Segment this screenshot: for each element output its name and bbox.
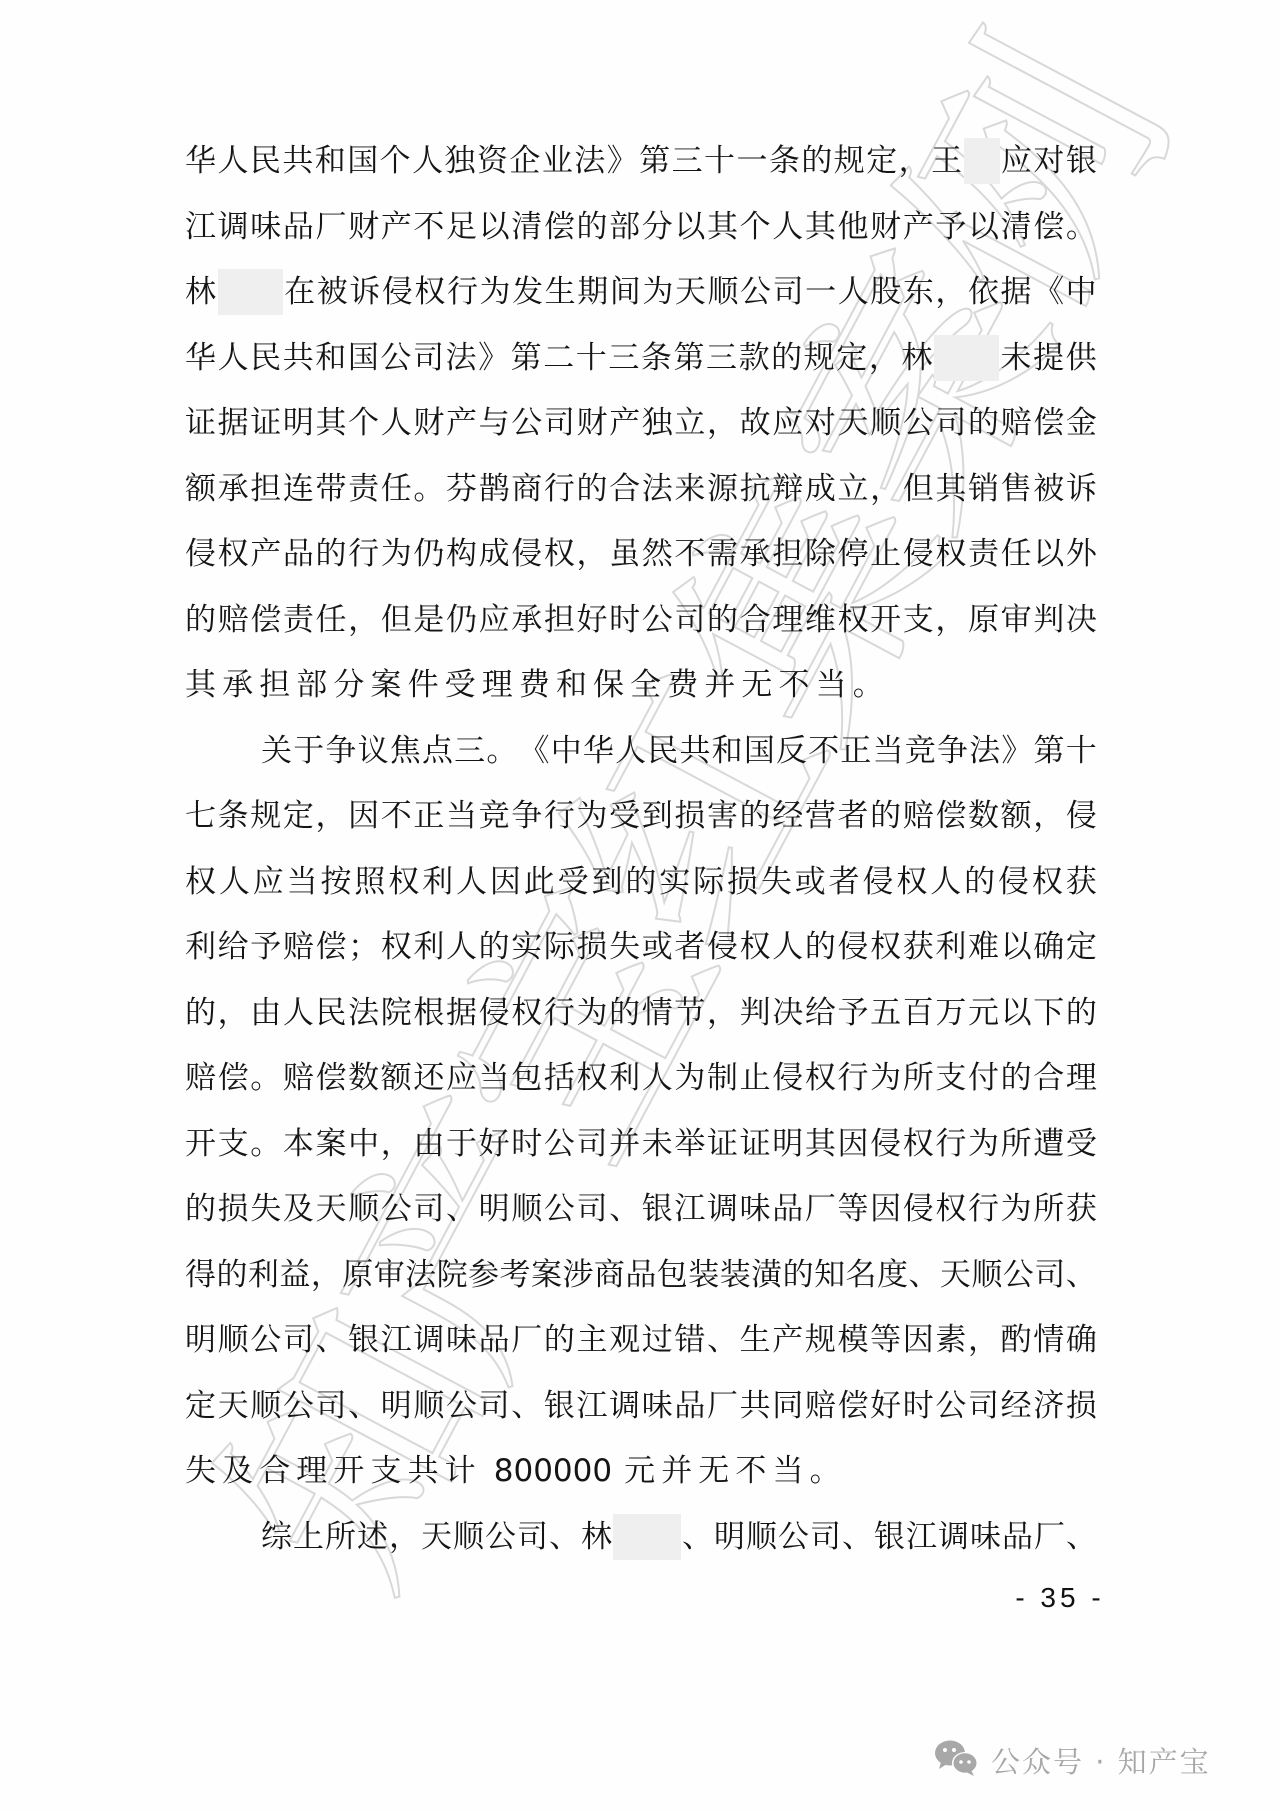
glyph: 调 [707,1189,738,1229]
glyph: 五 [870,993,901,1033]
glyph: 侵 [511,534,542,574]
glyph: 失 [250,1189,281,1229]
glyph: 法 [969,731,1000,771]
glyph: 民 [250,338,281,378]
glyph: 不 [779,665,810,705]
glyph: 权 [544,534,575,574]
glyph: 赔 [283,1058,314,1098]
glyph: 他 [838,207,869,247]
glyph: 侵 [479,993,510,1033]
glyph: 法 [348,993,379,1033]
redaction-box [934,335,999,381]
glyph: 侵 [903,534,934,574]
glyph: 开 [185,1124,216,1164]
glyph: 证 [740,1124,771,1164]
glyph: 因 [490,862,521,902]
glyph: 司 [577,1189,608,1229]
glyph: 侵 [863,862,894,902]
glyph: 由 [250,993,281,1033]
glyph: 十 [704,141,735,181]
glyph: 十 [576,338,607,378]
glyph: 知 [814,1255,845,1295]
glyph: 损 [674,796,705,836]
glyph: 好 [479,1124,510,1164]
glyph: 的 [740,796,771,836]
glyph: 及 [222,1451,253,1491]
glyph: 定 [283,796,314,836]
glyph: 售 [1001,469,1032,509]
glyph: 赔 [1001,403,1032,443]
glyph: 清 [1001,207,1032,247]
page-number: - 35 - [1010,1582,1110,1614]
glyph: 对 [1033,141,1064,181]
glyph: ， [935,600,966,640]
glyph: 顺 [218,1320,249,1360]
glyph: 确 [1066,1320,1097,1360]
glyph: 商 [594,1255,625,1295]
glyph: 生 [740,1320,771,1360]
glyph: 时 [609,600,640,640]
glyph: 民 [647,731,678,771]
glyph: 权 [1032,862,1063,902]
glyph: 和 [556,665,587,705]
glyph: 人 [772,927,803,967]
glyph: 的 [577,469,608,509]
glyph: 故 [740,403,771,443]
glyph: 需 [707,534,738,574]
glyph: 条 [769,141,800,181]
glyph: 公 [485,1517,516,1557]
glyph: 于 [446,1124,477,1164]
glyph: 江 [577,1386,608,1426]
glyph: 公 [283,1386,314,1426]
glyph: 担 [772,534,803,574]
glyph: ， [707,993,738,1033]
glyph: 公 [511,403,542,443]
glyph: 受 [558,862,589,902]
glyph: 厂 [805,1189,836,1229]
glyph: 公 [544,1124,575,1164]
glyph: 厂 [1034,1517,1065,1557]
glyph: 产 [772,1320,803,1360]
glyph: ， [935,272,966,312]
glyph: 为 [1001,1189,1032,1229]
glyph: 际 [544,927,575,967]
glyph: 者 [838,796,869,836]
glyph: 潢 [751,1255,782,1295]
glyph: 偿 [1033,403,1064,443]
glyph: 公 [642,600,673,640]
glyph: 中 [551,731,582,771]
glyph: 当 [816,665,847,705]
glyph: 司 [674,600,705,640]
glyph: 装 [688,1255,719,1295]
glyph: 天 [838,403,869,443]
glyph: 天 [218,1386,249,1426]
glyph: 》 [1001,731,1032,771]
glyph: 的 [870,796,901,836]
glyph: 模 [838,1320,869,1360]
glyph: 、 [348,1386,379,1426]
glyph: 人 [642,1058,673,1098]
wechat-icon [933,1738,981,1782]
glyph: 因 [348,796,379,836]
glyph: 据 [1001,272,1032,312]
glyph: 偿 [838,1386,869,1426]
glyph: 带 [316,469,347,509]
glyph: 予 [250,927,281,967]
glyph: 权 [935,1189,966,1229]
glyph: 错 [674,1320,705,1360]
glyph: 正 [840,731,871,771]
glyph: 为 [381,534,412,574]
glyph: 的 [544,1320,575,1360]
glyph: 的 [771,338,802,378]
glyph: 额 [381,1058,412,1098]
glyph: 以 [1033,534,1064,574]
glyph: 行 [447,272,478,312]
glyph: 成 [479,534,510,574]
glyph: 当 [772,1451,803,1491]
text-line: 额承担连带责任。芬鹊商行的合法来源抗辩成立，但其销售被诉 [185,469,1097,509]
glyph: 天 [675,272,706,312]
text-line: 江调味品厂财产不足以清偿的部分以其个人其他财产予以清偿。 [185,207,1097,247]
glyph: 遭 [1033,1124,1064,1164]
glyph: ， [968,1320,999,1360]
glyph: 产 [903,207,934,247]
glyph: 资 [477,141,508,181]
glyph: 制 [707,1058,738,1098]
glyph: 法 [574,141,605,181]
glyph: 行 [348,534,379,574]
glyph: 部 [609,207,640,247]
glyph: 并 [609,1124,640,1164]
glyph: 公 [903,403,934,443]
glyph: ， [218,993,249,1033]
glyph: 议 [358,731,389,771]
glyph: 支 [218,1124,249,1164]
glyph: 酌 [1001,1320,1032,1360]
text-line: 七条规定，因不正当竞争行为受到损害的经营者的赔偿数额，侵 [185,796,1097,836]
glyph: 司 [283,1320,314,1360]
glyph: 时 [511,1124,542,1164]
glyph: 国 [348,338,379,378]
glyph: 的 [1001,1058,1032,1098]
glyph: 的 [964,862,995,902]
footer-label: 公众号 · 知产宝 [991,1740,1211,1781]
glyph: 行 [838,1058,869,1098]
glyph: 偿 [1033,207,1064,247]
glyph: 第 [511,338,542,378]
glyph: 据 [446,993,477,1033]
glyph: 司 [544,403,575,443]
glyph: 人 [381,403,412,443]
glyph: 偿 [935,796,966,836]
glyph: 合 [259,1451,290,1491]
glyph: ， [869,338,900,378]
glyph: 银 [642,1189,673,1229]
glyph: 但 [381,600,412,640]
glyph: 人 [446,927,477,967]
glyph: 以 [1001,993,1032,1033]
glyph: 额 [185,469,216,509]
glyph: 万 [935,993,966,1033]
glyph: 明 [185,1320,216,1360]
glyph: 但 [903,469,934,509]
glyph: 利 [935,927,966,967]
glyph: 林 [185,272,216,312]
glyph: 第 [1034,731,1065,771]
glyph: 被 [1033,469,1064,509]
glyph: 计 [445,1451,476,1491]
glyph: 味 [446,1320,477,1360]
glyph: 支 [935,1058,966,1098]
glyph: 为 [674,1058,705,1098]
glyph: 不 [808,731,839,771]
glyph: 得 [185,1255,216,1295]
glyph: 人 [772,207,803,247]
glyph: 损 [218,1189,249,1229]
glyph: 装 [720,1255,751,1295]
glyph: 顺 [707,272,738,312]
glyph: 其 [805,1124,836,1164]
glyph: 三 [608,338,639,378]
glyph: 调 [218,207,249,247]
text-line: 证据证明其个人财产与公司财产独立，故应对天顺公司的赔偿金 [185,403,1097,443]
glyph: 未 [1001,338,1032,378]
glyph: 被 [317,272,348,312]
glyph: 的 [805,927,836,967]
glyph: 天 [421,1517,452,1557]
glyph: 决 [772,993,803,1033]
glyph: 应 [479,600,510,640]
glyph: 分 [333,665,364,705]
glyph: 产 [250,534,281,574]
glyph: 时 [903,1386,934,1426]
glyph: 三 [454,731,485,771]
glyph: 。 [810,1451,841,1491]
glyph: 财 [577,403,608,443]
glyph: 的 [577,207,608,247]
glyph: 是 [413,600,444,640]
glyph: 法 [642,469,673,509]
glyph: 还 [413,1058,444,1098]
glyph: 素 [935,1320,966,1360]
glyph: 难 [968,927,999,967]
glyph: 当 [287,862,318,902]
glyph: 的 [801,141,832,181]
glyph: 诉 [349,272,380,312]
glyph: 产 [446,403,477,443]
glyph: 停 [838,534,869,574]
glyph: 立 [674,403,705,443]
glyph: 营 [805,796,836,836]
glyph: 损 [1066,1386,1097,1426]
text-line: 赔偿。赔偿数额还应当包括权利人为制止侵权行为所支付的合理 [185,1058,1097,1098]
glyph: 共 [282,141,313,181]
glyph: 和 [315,141,346,181]
glyph: 三 [672,141,703,181]
glyph: 责 [348,469,379,509]
glyph: 华 [583,731,614,771]
glyph: 决 [1066,600,1097,640]
glyph: 举 [674,1124,705,1164]
glyph: 获 [903,927,934,967]
glyph: 所 [1001,1124,1032,1164]
glyph: 款 [739,338,770,378]
glyph: 第 [673,338,704,378]
glyph: 成 [805,469,836,509]
glyph: 元 [624,1451,655,1491]
glyph: 的 [185,993,216,1033]
glyph: 规 [250,796,281,836]
glyph: 并 [661,1451,692,1491]
glyph: 件 [408,665,439,705]
glyph: 的 [625,862,656,902]
glyph: 供 [1066,338,1097,378]
glyph: 明 [479,1189,510,1229]
glyph: 侵 [707,927,738,967]
glyph: 提 [1033,338,1064,378]
amount-value: 800000 [494,1451,612,1491]
glyph: 厂 [707,1386,738,1426]
glyph: 业 [542,141,573,181]
glyph: 给 [218,927,249,967]
glyph: 。 [853,665,884,705]
glyph: 权 [805,1058,836,1098]
glyph: 同 [772,1386,803,1426]
glyph: 的 [707,600,738,640]
glyph: 司 [968,1386,999,1426]
glyph: 司 [517,1517,548,1557]
glyph: 人 [218,338,249,378]
glyph: 实 [511,927,542,967]
glyph: 司 [413,1189,444,1229]
glyph: 理 [296,1451,327,1491]
glyph: 赔 [283,927,314,967]
glyph: 其 [805,207,836,247]
glyph: 银 [1066,141,1097,181]
glyph: 情 [642,993,673,1033]
glyph: 益 [279,1255,310,1295]
glyph: 其 [707,207,738,247]
glyph: 正 [413,796,444,836]
glyph: 财 [870,207,901,247]
glyph: 和 [712,731,743,771]
text-line: 失及合理开支共计800000元并无不当。 [185,1451,1097,1491]
glyph: 人 [283,993,314,1033]
glyph: 抗 [740,469,771,509]
glyph: 案 [316,1124,347,1164]
glyph: 偿 [218,1058,249,1098]
glyph: 支 [370,1451,401,1491]
glyph: 清 [511,207,542,247]
glyph: 证 [185,403,216,443]
glyph: 公 [935,1386,966,1426]
glyph: 中 [348,1124,379,1164]
glyph: 以 [674,207,705,247]
glyph: 其 [185,665,216,705]
glyph: 或 [795,862,826,902]
glyph: 情 [1033,1320,1064,1360]
glyph: 顺 [453,1517,484,1557]
glyph: 参 [468,1255,499,1295]
glyph: 侵 [998,862,1029,902]
glyph: 应 [253,862,284,902]
glyph: 公 [380,338,411,378]
glyph: 应 [446,1058,477,1098]
glyph: 包 [511,1058,542,1098]
glyph: 因 [838,1124,869,1164]
redaction-box [218,269,283,315]
glyph: 顺 [250,1386,281,1426]
glyph: 原 [968,600,999,640]
glyph: 明 [381,1386,412,1426]
glyph: 原 [342,1255,373,1295]
glyph: 担 [259,665,290,705]
glyph: 理 [482,665,513,705]
glyph: 的 [1066,993,1097,1033]
glyph: 第 [639,141,670,181]
glyph: 权 [218,534,249,574]
glyph: 好 [577,600,608,640]
glyph: 味 [642,1386,673,1426]
glyph: 院 [381,993,412,1033]
glyph: 规 [834,141,865,181]
glyph: 赔 [903,796,934,836]
glyph: 际 [693,862,724,902]
glyph: ， [348,600,379,640]
glyph: 承 [222,665,253,705]
glyph: 考 [500,1255,531,1295]
glyph: 一 [805,272,836,312]
glyph: 行 [968,1189,999,1229]
glyph: 节 [674,993,705,1033]
glyph: ， [577,534,608,574]
glyph: ； [348,927,379,967]
glyph: 明 [714,1517,745,1557]
glyph: 、 [1066,1517,1097,1557]
glyph: 侵 [382,272,413,312]
glyph: 或 [642,927,673,967]
text-line: 林在被诉侵权行为发生期间为天顺公司一人股东，依据《中 [185,272,1097,312]
glyph: 合 [1033,1058,1064,1098]
glyph: 数 [968,796,999,836]
glyph: 江 [381,1320,412,1360]
glyph: 鹊 [479,469,510,509]
glyph: 涉 [562,1255,593,1295]
glyph: 等 [870,1320,901,1360]
glyph: 仍 [446,600,477,640]
glyph: 、 [549,1517,580,1557]
glyph: 、 [609,1189,640,1229]
glyph: 一 [736,141,767,181]
glyph: 产 [381,207,412,247]
glyph: 所 [903,1058,934,1098]
text-line: 权人应当按照权利人因此受到的实际损失或者侵权人的侵权获 [185,862,1097,902]
glyph: 责 [968,534,999,574]
glyph: 利 [422,862,453,902]
glyph: 公 [250,1320,281,1360]
glyph: 为 [480,272,511,312]
glyph: 争 [511,796,542,836]
glyph: 公 [381,1189,412,1229]
glyph: 为 [870,1058,901,1098]
glyph: 》 [478,338,509,378]
glyph: 实 [659,862,690,902]
text-line: 定天顺公司、明顺公司、银江调味品厂共同赔偿好时公司经济损 [185,1386,1097,1426]
glyph: 赔 [805,1386,836,1426]
